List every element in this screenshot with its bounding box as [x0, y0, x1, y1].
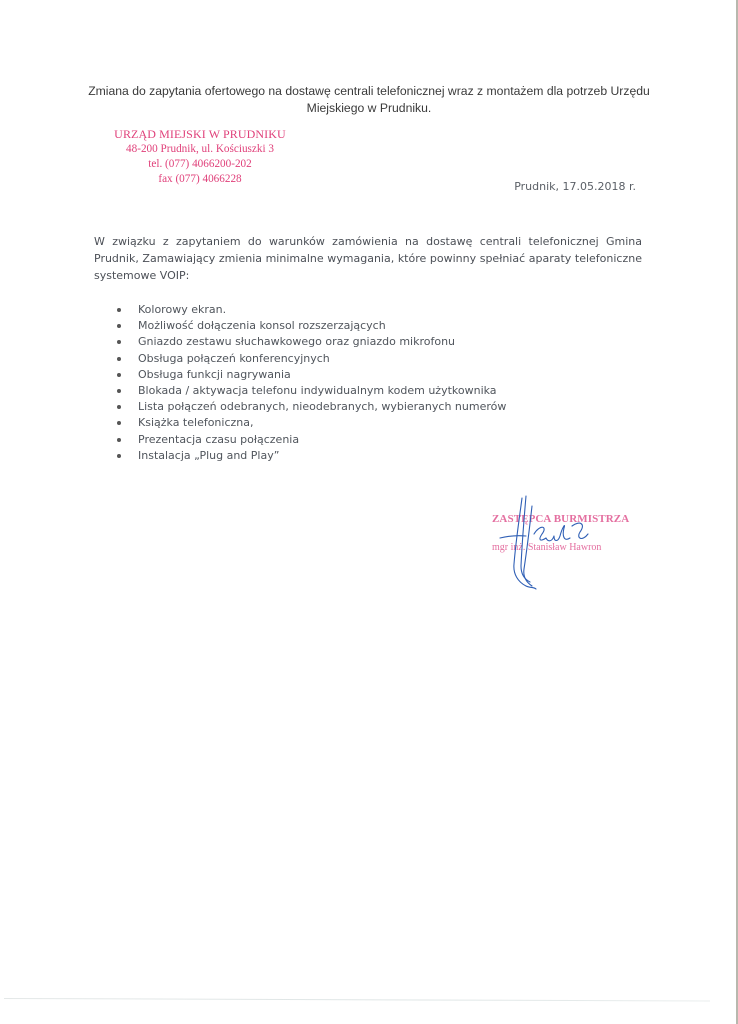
document-title: Zmiana do zapytania ofertowego na dostaw… — [84, 83, 654, 117]
list-item: Książka telefoniczna, — [116, 415, 506, 431]
list-item: Możliwość dołączenia konsol rozszerzając… — [116, 318, 506, 334]
bullet-icon — [117, 389, 121, 393]
stamp-phone: tel. (077) 4066200-202 — [102, 157, 298, 172]
requirements-list: Kolorowy ekran. Możliwość dołączenia kon… — [116, 302, 506, 464]
bullet-icon — [117, 421, 121, 425]
stamp-fax: fax (077) 4066228 — [102, 172, 298, 187]
list-item: Obsługa funkcji nagrywania — [116, 367, 506, 383]
list-item: Kolorowy ekran. — [116, 302, 506, 318]
bullet-icon — [117, 373, 121, 377]
list-item: Instalacja „Plug and Play” — [116, 448, 506, 464]
list-item: Lista połączeń odebranych, nieodebranych… — [116, 399, 506, 415]
bullet-icon — [117, 405, 121, 409]
list-item: Prezentacja czasu połączenia — [116, 432, 506, 448]
stamp-office-name: URZĄD MIEJSKI W PRUDNIKU — [102, 127, 298, 142]
list-item: Gniazdo zestawu słuchawkowego oraz gniaz… — [116, 334, 506, 350]
office-stamp: URZĄD MIEJSKI W PRUDNIKU 48-200 Prudnik,… — [102, 127, 298, 187]
list-item: Blokada / aktywacja telefonu indywidualn… — [116, 383, 506, 399]
bullet-icon — [117, 340, 121, 344]
list-item: Obsługa połączeń konferencyjnych — [116, 351, 506, 367]
intro-paragraph: W związku z zapytaniem do warunków zamów… — [94, 233, 642, 284]
place-date: Prudnik, 17.05.2018 r. — [514, 180, 636, 193]
bullet-icon — [117, 454, 121, 458]
bullet-icon — [117, 324, 121, 328]
bullet-icon — [117, 438, 121, 442]
stamp-address: 48-200 Prudnik, ul. Kościuszki 3 — [102, 142, 298, 157]
handwritten-signature-icon — [496, 494, 626, 594]
scan-bottom-line — [4, 998, 710, 1001]
bullet-icon — [117, 357, 121, 361]
bullet-icon — [117, 308, 121, 312]
